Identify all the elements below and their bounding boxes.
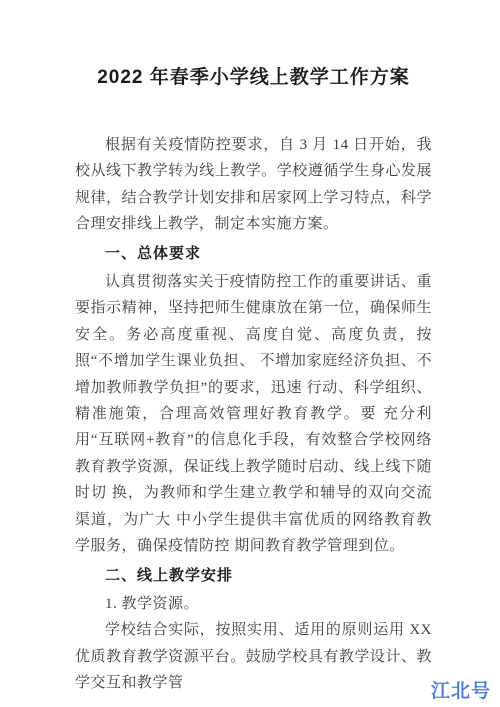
document-title: 2022 年春季小学线上教学工作方案 bbox=[75, 64, 432, 92]
section-heading: 一、总体要求 bbox=[75, 241, 432, 267]
watermark-text: 江北号 bbox=[431, 682, 491, 701]
section-heading: 二、线上教学安排 bbox=[75, 563, 432, 589]
paragraph: 认真贯彻落实关于疫情防控工作的重要讲话、重要指示精神，坚持把师生健康放在第一位，… bbox=[75, 269, 432, 559]
paragraph: 学校结合实际，按照实用、适用的原则运用 XX 优质教育教学资源平台。鼓励学校具有… bbox=[75, 617, 432, 696]
document-page: 2022 年春季小学线上教学工作方案 根据有关疫情防控要求，自 3 月 14 日… bbox=[0, 0, 500, 707]
paragraph: 1. 教学资源。 bbox=[75, 591, 432, 617]
document-body: 根据有关疫情防控要求，自 3 月 14 日开始，我校从线下教学转为线上教学。学校… bbox=[75, 132, 432, 697]
paragraph: 根据有关疫情防控要求，自 3 月 14 日开始，我校从线下教学转为线上教学。学校… bbox=[75, 132, 432, 238]
